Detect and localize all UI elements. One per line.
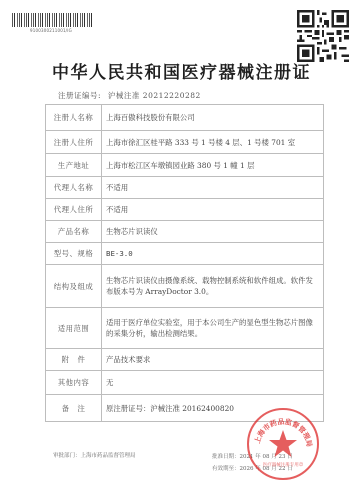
- registration-number: 注册证编号: 沪械注准 20212220282: [58, 90, 201, 101]
- barcode-number: 9100300211001/IG: [30, 28, 72, 33]
- approval-authority: 审批部门：上海市药品监督管理局: [53, 451, 136, 459]
- row-value: BE-3.0: [102, 243, 324, 265]
- row-label: 型号、规格: [46, 243, 102, 265]
- row-value: 上海市松江区车墩镇园业路 380 号 1 幢 1 层: [102, 154, 324, 177]
- official-seal: 上海市药品监督管理局 医疗器械注册专用章: [247, 408, 319, 480]
- document-title: 中华人民共和国医疗器械注册证: [0, 58, 363, 83]
- row-value: 生物芯片识读仪: [102, 221, 324, 243]
- seal-subtext: 医疗器械注册专用章: [263, 461, 304, 468]
- seal-star-icon: 上海市药品监督管理局 医疗器械注册专用章: [249, 410, 317, 478]
- certificate-table: 注册人名称 上海百傲科技股份有限公司 注册人住所 上海市徐汇区桂平路 333 号…: [45, 104, 324, 422]
- row-label: 备 注: [46, 395, 102, 422]
- row-label: 代理人名称: [46, 177, 102, 199]
- row-label: 附 件: [46, 349, 102, 371]
- table-row: 适用范围 适用于医疗单位实验室，用于本公司生产的显色型生物芯片图像的采集分析，输…: [46, 308, 324, 349]
- row-label: 注册人住所: [46, 131, 102, 154]
- row-value: 上海市徐汇区桂平路 333 号 1 号楼 4 层、1 号楼 701 室: [102, 131, 324, 154]
- row-value: 生物芯片识读仪由摄像系统、载物控制系统和软件组成。软件发布版本号为 ArrayD…: [102, 265, 324, 308]
- row-value: 不适用: [102, 199, 324, 221]
- barcode: [12, 13, 92, 27]
- row-label: 产品名称: [46, 221, 102, 243]
- registration-number-value: 沪械注准 20212220282: [108, 91, 201, 100]
- row-label: 其他内容: [46, 371, 102, 395]
- row-value: 上海百傲科技股份有限公司: [102, 105, 324, 131]
- table-row: 型号、规格 BE-3.0: [46, 243, 324, 265]
- row-value: 产品技术要求: [102, 349, 324, 371]
- row-label: 代理人住所: [46, 199, 102, 221]
- table-row: 附 件 产品技术要求: [46, 349, 324, 371]
- row-value: 适用于医疗单位实验室，用于本公司生产的显色型生物芯片图像的采集分析，输出检测结果…: [102, 308, 324, 349]
- qr-code-icon: [297, 10, 349, 62]
- registration-number-label: 注册证编号:: [58, 91, 101, 100]
- table-row: 代理人住所 不适用: [46, 199, 324, 221]
- table-row: 注册人名称 上海百傲科技股份有限公司: [46, 105, 324, 131]
- table-row: 注册人住所 上海市徐汇区桂平路 333 号 1 号楼 4 层、1 号楼 701 …: [46, 131, 324, 154]
- table-row: 生产地址 上海市松江区车墩镇园业路 380 号 1 幢 1 层: [46, 154, 324, 177]
- row-value: 无: [102, 371, 324, 395]
- table-row: 代理人名称 不适用: [46, 177, 324, 199]
- table-row: 产品名称 生物芯片识读仪: [46, 221, 324, 243]
- row-label: 注册人名称: [46, 105, 102, 131]
- row-label: 结构及组成: [46, 265, 102, 308]
- table-row: 结构及组成 生物芯片识读仪由摄像系统、载物控制系统和软件组成。软件发布版本号为 …: [46, 265, 324, 308]
- row-label: 生产地址: [46, 154, 102, 177]
- table-row: 其他内容 无: [46, 371, 324, 395]
- row-label: 适用范围: [46, 308, 102, 349]
- row-value: 不适用: [102, 177, 324, 199]
